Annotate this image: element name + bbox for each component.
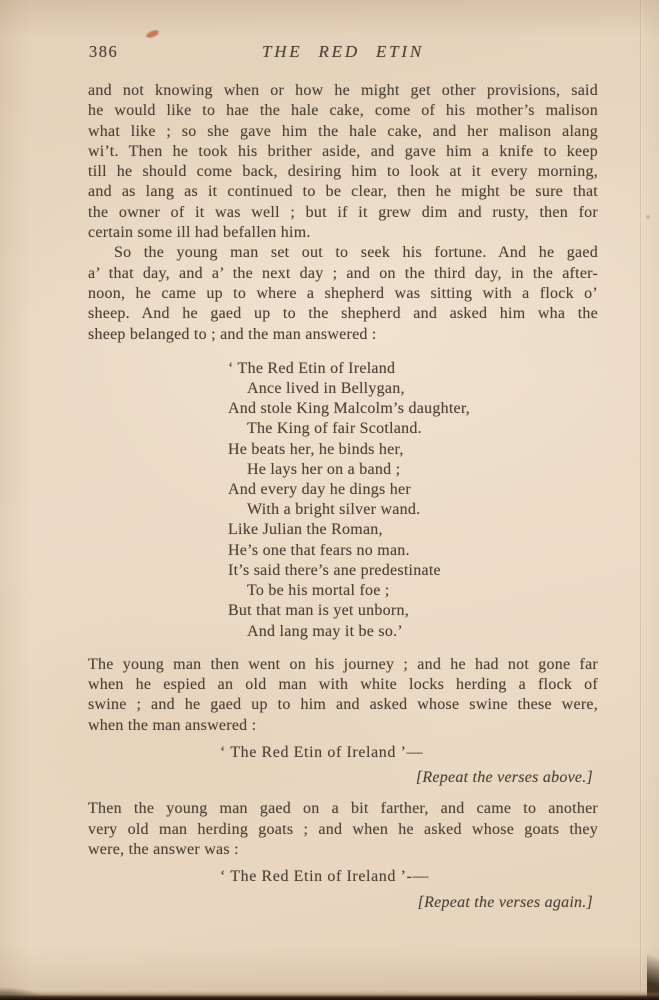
page-number: 386 [89,42,118,62]
paragraph-3: The young man then went on his journey ;… [88,655,598,736]
refrain-stage-direction: [Repeat the verses again.] [88,893,598,913]
text-line: and not knowing when or how he might get… [88,81,598,101]
text-line: what like ; so she gave him the hale cak… [88,122,598,142]
text-line: the owner of it was well ; but if it gre… [88,203,598,223]
text-line: certain some ill had befallen him. [88,223,598,243]
verse-line: With a bright silver wand. [228,500,598,520]
text-line: swine ; and he gaed up to him and asked … [88,695,598,715]
text-line: noon, he came up to where a shepherd was… [88,284,598,304]
text-line: were, the answer was : [88,840,598,860]
verse-line: To be his mortal foe ; [228,581,598,601]
refrain-quote: ‘ The Red Etin of Ireland ’— [220,743,598,763]
text-line: So the young man set out to seek his for… [88,243,598,263]
page-content: 386 THE RED ETIN and not knowing when or… [88,0,598,913]
verse-line: He lays her on a band ; [228,460,598,480]
text-line: Then the young man gaed on a bit farther… [88,799,598,819]
verse-line: It’s said there’s ane predestinate [228,561,598,581]
paper-speck [646,215,650,219]
paragraph-2: So the young man set out to seek his for… [88,243,598,344]
running-title: THE RED ETIN [88,42,598,62]
verse-line: And every day he dings her [228,480,598,500]
page-crease [640,0,641,992]
refrain-2: ‘ The Red Etin of Ireland ’-— [Repeat th… [88,867,598,913]
text-line: very old man herding goats ; and when he… [88,820,598,840]
text-line: when he espied an old man with white loc… [88,675,598,695]
verse-line: And stole King Malcolm’s daughter, [228,399,598,419]
text-line: sheep. And he gaed up to the shepherd an… [88,304,598,324]
verse-line: And lang may it be so.’ [228,622,598,642]
text-line: wi’t. Then he took his brither aside, an… [88,142,598,162]
refrain-1: ‘ The Red Etin of Ireland ’— [Repeat the… [88,743,598,789]
verse-line: But that man is yet unborn, [228,601,598,621]
verse-line: Like Julian the Roman, [228,520,598,540]
verse-line: The King of fair Scotland. [228,419,598,439]
page-bottom-edge [0,991,659,1000]
text-line: and as lang as it continued to be clear,… [88,182,598,202]
verse-line: Ance lived in Bellygan, [228,379,598,399]
book-page: 386 THE RED ETIN and not knowing when or… [0,0,659,1000]
verse-line: He’s one that fears no man. [228,541,598,561]
paragraph-1: and not knowing when or how he might get… [88,81,598,243]
text-line: The young man then went on his journey ;… [88,655,598,675]
text-line: sheep belanged to ; and the man answered… [88,325,598,345]
page-corner-shadow-right [647,905,659,1000]
verse-line: ‘ The Red Etin of Ireland [228,359,598,379]
paragraph-4: Then the young man gaed on a bit farther… [88,799,598,860]
page-header: 386 THE RED ETIN [88,42,598,63]
verse-line: He beats her, he binds her, [228,440,598,460]
text-line: till he should come back, desiring him t… [88,162,598,182]
text-line: he would like to hae the hale cake, come… [88,101,598,121]
verse-block: ‘ The Red Etin of IrelandAnce lived in B… [228,359,598,642]
text-line: when the man answered : [88,716,598,736]
text-line: a’ that day, and a’ the next day ; and o… [88,264,598,284]
refrain-quote: ‘ The Red Etin of Ireland ’-— [220,867,598,887]
refrain-stage-direction: [Repeat the verses above.] [88,768,598,788]
